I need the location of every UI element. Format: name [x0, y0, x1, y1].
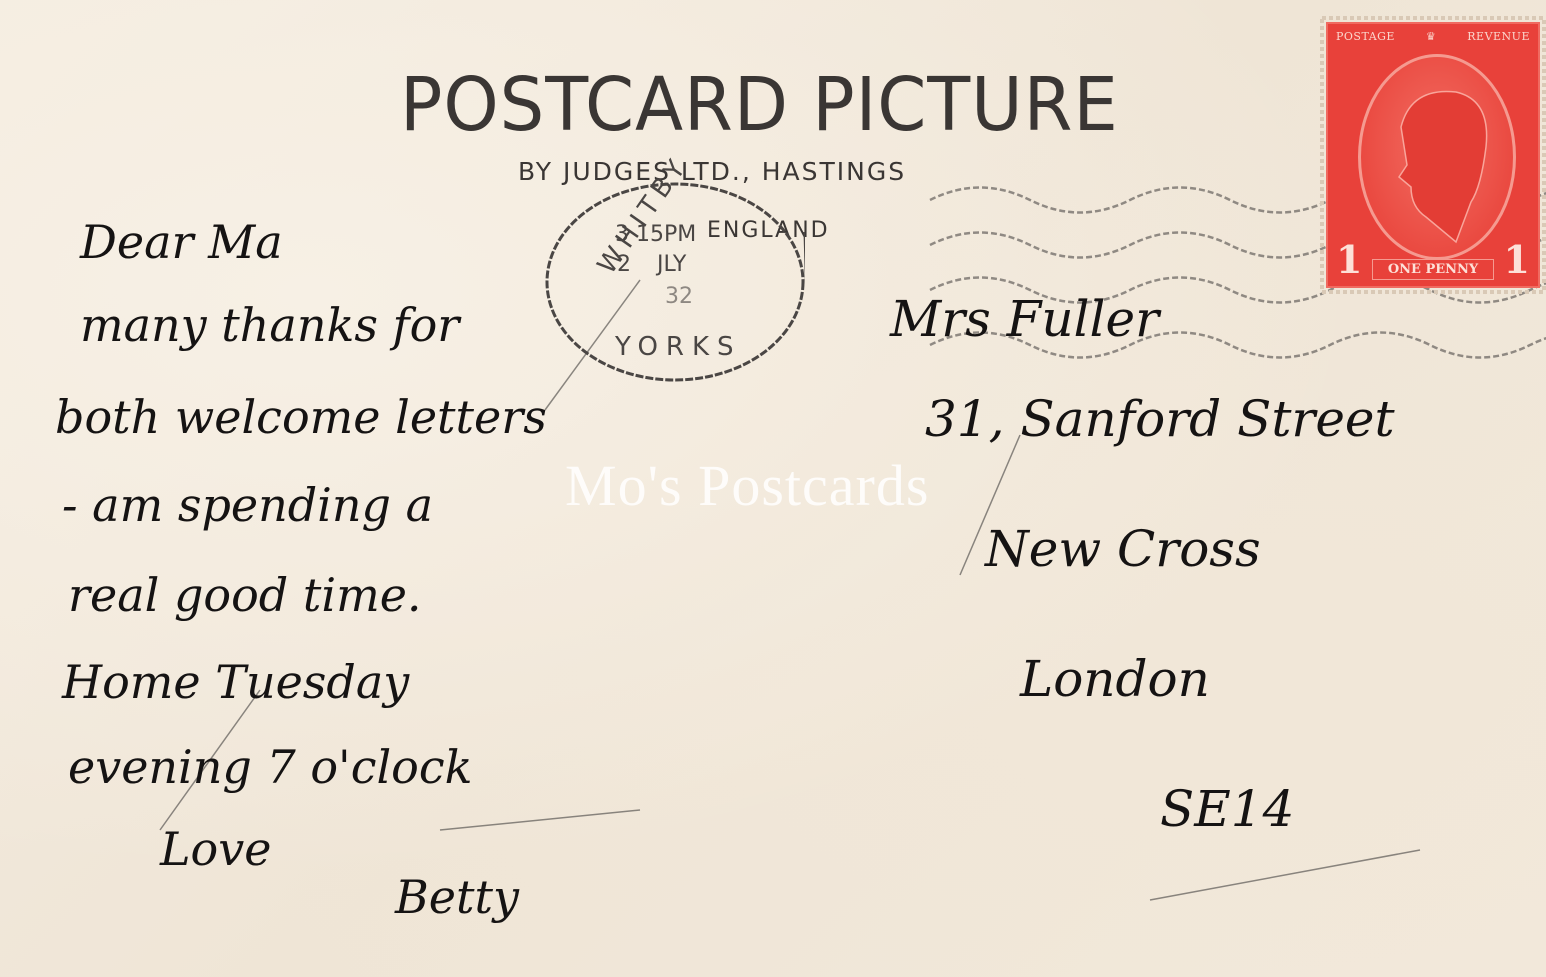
stamp-value-left: 1 [1336, 237, 1362, 282]
postmark: WHITBY 3 15PM 2 JLY 32 YORKS [545, 182, 805, 382]
crown-icon: ♛ [1426, 30, 1436, 43]
message-line: many thanks for [80, 298, 459, 352]
postmark-time: 3 15PM [615, 222, 696, 247]
postcard-back: POSTCARD PICTURE BY JUDGES LTD., HASTING… [0, 0, 1546, 977]
message-line: Home Tuesday [62, 655, 409, 709]
message-line: Love [160, 822, 271, 876]
king-portrait-icon [1358, 54, 1516, 260]
postmark-year: 32 [665, 284, 693, 309]
stamp-value-label: ONE PENNY [1372, 259, 1494, 280]
address-line-street: 31, Sanford Street [925, 390, 1395, 448]
message-line: - am spending a [62, 478, 433, 532]
postmark-county: YORKS [615, 332, 742, 362]
stamp-revenue-label: REVENUE [1467, 30, 1530, 43]
postmark-month: JLY [657, 252, 686, 277]
message-line: both welcome letters [55, 390, 547, 444]
address-line-city: London [1020, 650, 1210, 708]
message-line: evening 7 o'clock [68, 740, 473, 794]
stamp-postage-label: POSTAGE [1336, 30, 1395, 43]
stamp-value-right: 1 [1504, 237, 1530, 282]
address-line-name: Mrs Fuller [890, 290, 1159, 348]
message-line: Dear Ma [80, 215, 283, 269]
signature: Betty [395, 870, 519, 924]
watermark: Mo's Postcards [565, 452, 929, 519]
address-line-district: New Cross [985, 520, 1261, 578]
message-line: real good time. [68, 568, 422, 622]
postcard-title: POSTCARD PICTURE [400, 62, 1119, 148]
postage-stamp: POSTAGE ♛ REVENUE 1 ONE PENNY 1 [1320, 16, 1546, 294]
postmark-day: 2 [617, 252, 631, 277]
address-line-postcode: SE14 [1160, 780, 1294, 838]
